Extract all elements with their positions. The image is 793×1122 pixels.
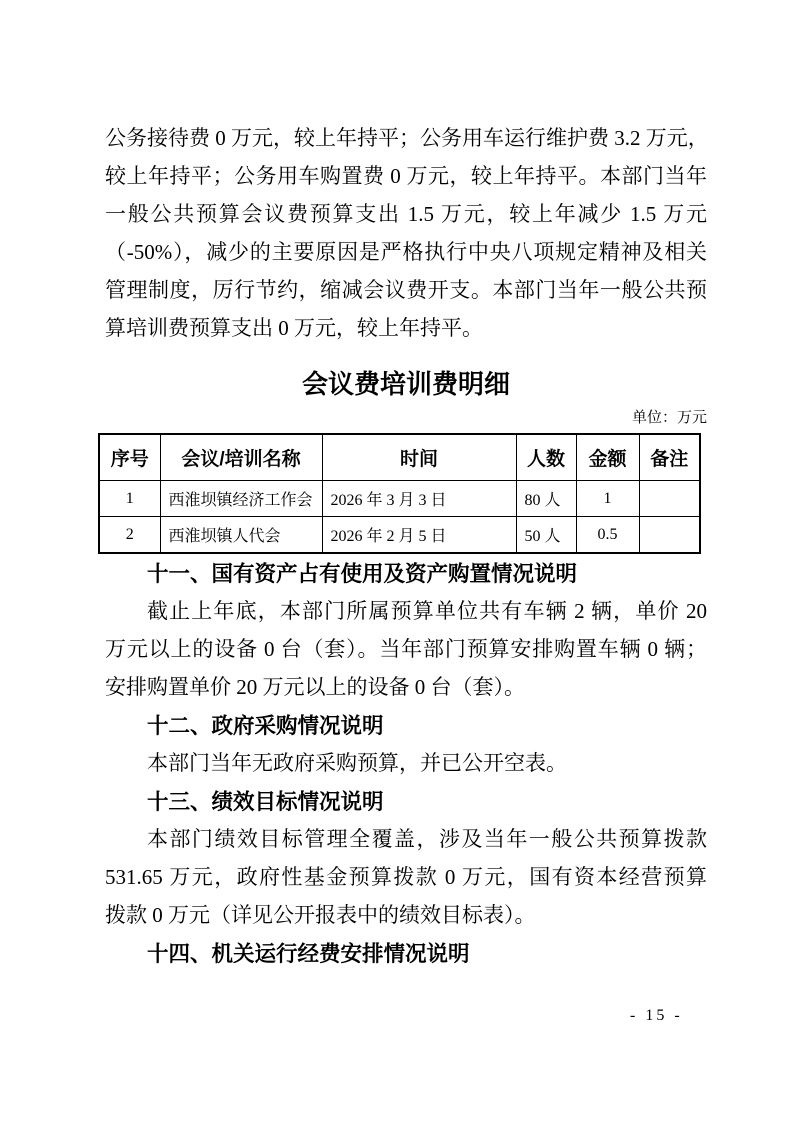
section-paragraph-line: 截止上年底，本部门所属预算单位共有车辆 2 辆，单价 20 — [105, 592, 707, 630]
intro-paragraph-line: 一般公共预算会议费预算支出 1.5 万元，较上年减少 1.5 万元 — [105, 195, 707, 233]
table-cell — [639, 517, 700, 554]
meeting-training-fee-table: 序号会议/培训名称时间人数金额备注 1西淮坝镇经济工作会2026 年 3 月 3… — [98, 433, 701, 554]
column-header: 备注 — [639, 434, 700, 481]
intro-paragraph-line: 较上年持平；公务用车购置费 0 万元，较上年持平。本部门当年 — [105, 157, 707, 195]
table-cell: 2026 年 2 月 5 日 — [322, 517, 516, 554]
section-heading-11: 十一、国有资产占有使用及资产购置情况说明 — [105, 560, 707, 588]
sections-container: 十一、国有资产占有使用及资产购置情况说明截止上年底，本部门所属预算单位共有车辆 … — [105, 560, 707, 968]
table-cell: 1 — [576, 481, 639, 517]
intro-paragraph-line: （-50%），减少的主要原因是严格执行中央八项规定精神及相关 — [105, 233, 707, 271]
table-title: 会议费培训费明细 — [105, 365, 707, 405]
section-paragraph-line: 安排购置单价 20 万元以上的设备 0 台（套）。 — [105, 668, 707, 706]
section-heading-13: 十三、绩效目标情况说明 — [105, 788, 707, 816]
section-paragraph: 本部门绩效目标管理全覆盖，涉及当年一般公共预算拨款531.65 万元，政府性基金… — [105, 820, 707, 934]
section-heading-12: 十二、政府采购情况说明 — [105, 712, 707, 740]
column-header: 时间 — [322, 434, 516, 481]
table-cell: 50 人 — [516, 517, 576, 554]
table-header-row: 序号会议/培训名称时间人数金额备注 — [99, 434, 700, 481]
section-paragraph: 截止上年底，本部门所属预算单位共有车辆 2 辆，单价 20万元以上的设备 0 台… — [105, 592, 707, 706]
table-row: 2西淮坝镇人代会2026 年 2 月 5 日50 人0.5 — [99, 517, 700, 554]
intro-paragraph-line: 算培训费预算支出 0 万元，较上年持平。 — [105, 309, 707, 347]
intro-paragraph: 公务接待费 0 万元，较上年持平；公务用车运行维护费 3.2 万元，较上年持平；… — [105, 119, 707, 347]
section-paragraph-line: 531.65 万元，政府性基金预算拨款 0 万元，国有资本经营预算 — [105, 858, 707, 896]
page-number: - 15 - — [630, 1006, 683, 1026]
unit-label: 单位：万元 — [105, 407, 707, 429]
table-cell: 0.5 — [576, 517, 639, 554]
table-cell — [639, 481, 700, 517]
column-header: 人数 — [516, 434, 576, 481]
column-header: 金额 — [576, 434, 639, 481]
fee-table-block: 序号会议/培训名称时间人数金额备注 1西淮坝镇经济工作会2026 年 3 月 3… — [105, 433, 707, 554]
section-paragraph-line: 本部门绩效目标管理全覆盖，涉及当年一般公共预算拨款 — [105, 820, 707, 858]
section-paragraph-line: 万元以上的设备 0 台（套）。当年部门预算安排购置车辆 0 辆； — [105, 630, 707, 668]
table-cell: 西淮坝镇经济工作会 — [160, 481, 322, 517]
table-row: 1西淮坝镇经济工作会2026 年 3 月 3 日80 人1 — [99, 481, 700, 517]
intro-paragraph-line: 公务接待费 0 万元，较上年持平；公务用车运行维护费 3.2 万元， — [105, 119, 707, 157]
table-cell: 西淮坝镇人代会 — [160, 517, 322, 554]
section-heading-14: 十四、机关运行经费安排情况说明 — [105, 940, 707, 968]
table-cell: 80 人 — [516, 481, 576, 517]
section-paragraph: 本部门当年无政府采购预算，并已公开空表。 — [105, 744, 707, 782]
column-header: 序号 — [99, 434, 160, 481]
table-cell: 2 — [99, 517, 160, 554]
section-paragraph-line: 本部门当年无政府采购预算，并已公开空表。 — [105, 744, 707, 782]
document-page: 公务接待费 0 万元，较上年持平；公务用车运行维护费 3.2 万元，较上年持平；… — [0, 0, 793, 1122]
table-cell: 2026 年 3 月 3 日 — [322, 481, 516, 517]
intro-paragraph-line: 管理制度，厉行节约，缩减会议费开支。本部门当年一般公共预 — [105, 271, 707, 309]
section-paragraph-line: 拨款 0 万元（详见公开报表中的绩效目标表）。 — [105, 896, 707, 934]
table-cell: 1 — [99, 481, 160, 517]
column-header: 会议/培训名称 — [160, 434, 322, 481]
